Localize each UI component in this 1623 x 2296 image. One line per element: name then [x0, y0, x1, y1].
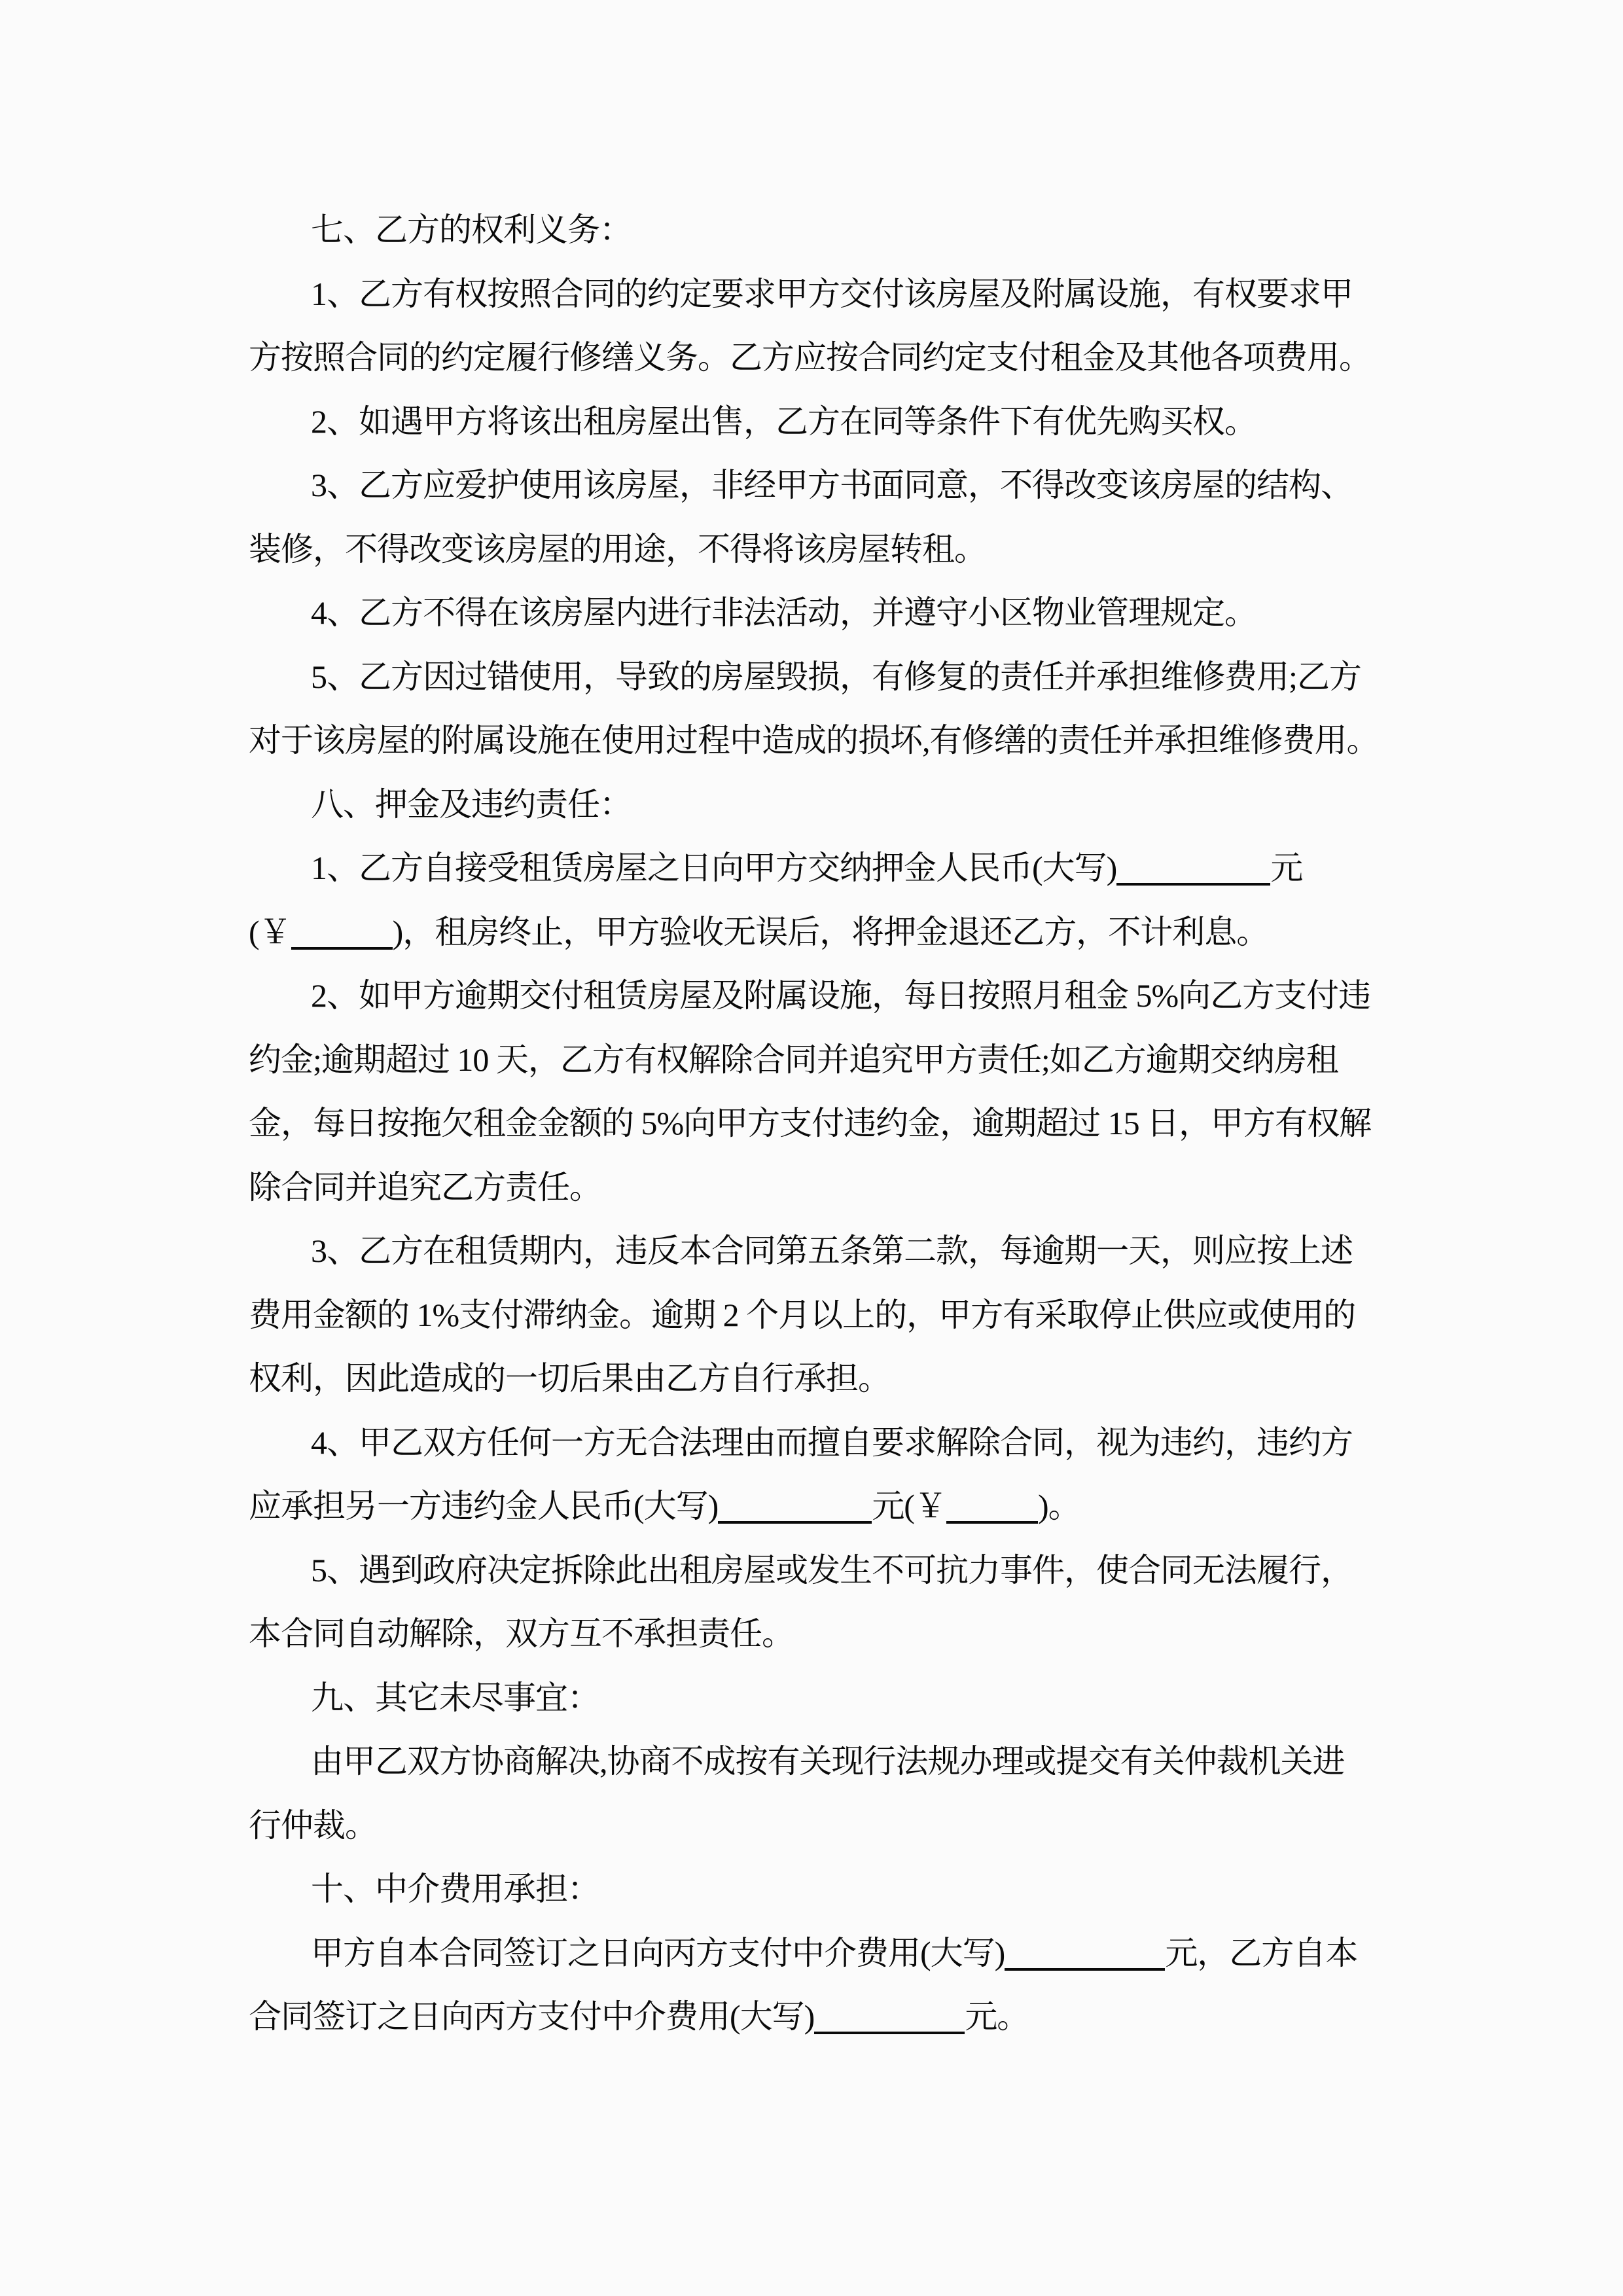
text-line: 权利，因此造成的一切后果由乙方自行承担。 — [249, 1347, 1407, 1411]
text-run: 权利，因此造成的一切后果由乙方自行承担。 — [249, 1360, 890, 1397]
text-run: )，租房终止，甲方验收无误后，将押金退还乙方，不计利息。 — [393, 914, 1269, 950]
text-line: 七、乙方的权利义务： — [249, 198, 1407, 262]
text-run: 九、其它未尽事宜： — [311, 1679, 599, 1716]
blank-fill-in-field — [291, 914, 393, 950]
text-line: 1、乙方自接受租赁房屋之日向甲方交纳押金人民币(大写)元 — [249, 836, 1407, 901]
text-run: 本合同自动解除，双方互不承担责任。 — [249, 1615, 794, 1652]
text-line: 费用金额的 1%支付滞纳金。逾期 2 个月以上的，甲方有采取停止供应或使用的 — [249, 1283, 1407, 1348]
text-line: 3、乙方应爱护使用该房屋，非经甲方书面同意，不得改变该房屋的结构、 — [249, 454, 1407, 518]
text-run: 1、乙方有权按照合同的约定要求甲方交付该房屋及附属设施，有权要求甲 — [311, 276, 1353, 312]
text-run: 3、乙方应爱护使用该房屋，非经甲方书面同意，不得改变该房屋的结构、 — [311, 467, 1353, 503]
text-run: (￥ — [249, 914, 291, 950]
text-line: 八、押金及违约责任： — [249, 773, 1407, 837]
text-line: (￥)，租房终止，甲方验收无误后，将押金退还乙方，不计利息。 — [249, 901, 1407, 965]
text-line: 行仲裁。 — [249, 1794, 1407, 1858]
text-run: 方按照合同的约定履行修缮义务。乙方应按合同约定支付租金及其他各项费用。 — [249, 339, 1371, 376]
text-line: 4、乙方不得在该房屋内进行非法活动，并遵守小区物业管理规定。 — [249, 581, 1407, 645]
contract-page: 七、乙方的权利义务：1、乙方有权按照合同的约定要求甲方交付该房屋及附属设施，有权… — [0, 0, 1623, 2296]
document-body: 七、乙方的权利义务：1、乙方有权按照合同的约定要求甲方交付该房屋及附属设施，有权… — [249, 198, 1407, 2049]
text-run: 由甲乙双方协商解决,协商不成按有关现行法规办理或提交有关仲裁机关进 — [311, 1743, 1345, 1780]
blank-fill-in-field — [814, 1999, 965, 2034]
text-run: 行仲裁。 — [249, 1807, 377, 1844]
text-line: 3、乙方在租赁期内，违反本合同第五条第二款，每逾期一天，则应按上述 — [249, 1219, 1407, 1283]
text-run: 5、遇到政府决定拆除此出租房屋或发生不可抗力事件，使合同无法履行， — [311, 1552, 1353, 1588]
text-run: 七、乙方的权利义务： — [311, 211, 632, 248]
text-run: 3、乙方在租赁期内，违反本合同第五条第二款，每逾期一天，则应按上述 — [311, 1232, 1353, 1269]
text-run: 甲方自本合同签订之日向丙方支付中介费用(大写) — [311, 1935, 1005, 1971]
text-line: 2、如遇甲方将该出租房屋出售，乙方在同等条件下有优先购买权。 — [249, 390, 1407, 454]
text-line: 十、中介费用承担： — [249, 1857, 1407, 1922]
text-run: 八、押金及违约责任： — [311, 786, 632, 823]
text-line: 甲方自本合同签订之日向丙方支付中介费用(大写)元，乙方自本 — [249, 1922, 1407, 1986]
text-line: 对于该房屋的附属设施在使用过程中造成的损坏,有修缮的责任并承担维修费用。 — [249, 709, 1407, 773]
text-line: 1、乙方有权按照合同的约定要求甲方交付该房屋及附属设施，有权要求甲 — [249, 262, 1407, 327]
text-run: 应承担另一方违约金人民币(大写) — [249, 1488, 718, 1524]
text-line: 由甲乙双方协商解决,协商不成按有关现行法规办理或提交有关仲裁机关进 — [249, 1730, 1407, 1794]
text-run: 约金;逾期超过 10 天，乙方有权解除合同并追究甲方责任;如乙方逾期交纳房租 — [249, 1041, 1338, 1078]
text-line: 合同签订之日向丙方支付中介费用(大写)元。 — [249, 1985, 1407, 2049]
text-run: 对于该房屋的附属设施在使用过程中造成的损坏,有修缮的责任并承担维修费用。 — [249, 722, 1379, 759]
text-line: 金，每日按拖欠租金金额的 5%向甲方支付违约金，逾期超过 15 日，甲方有权解 — [249, 1092, 1407, 1156]
text-run: 元。 — [965, 1998, 1029, 2035]
text-run: 十、中介费用承担： — [311, 1871, 599, 1907]
text-run: 装修，不得改变该房屋的用途，不得将该房屋转租。 — [249, 531, 986, 567]
text-line: 2、如甲方逾期交付租赁房屋及附属设施，每日按照月租金 5%向乙方支付违 — [249, 964, 1407, 1028]
text-run: 4、甲乙双方任何一方无合法理由而擅自要求解除合同，视为违约，违约方 — [311, 1424, 1353, 1461]
blank-fill-in-field — [718, 1488, 872, 1524]
text-run: 1、乙方自接受租赁房屋之日向甲方交纳押金人民币(大写) — [311, 850, 1116, 886]
text-line: 方按照合同的约定履行修缮义务。乙方应按合同约定支付租金及其他各项费用。 — [249, 326, 1407, 390]
text-run: 合同签订之日向丙方支付中介费用(大写) — [249, 1998, 814, 2035]
text-run: )。 — [1038, 1488, 1080, 1524]
blank-fill-in-field — [1005, 1935, 1165, 1971]
text-run: 元(￥ — [872, 1488, 946, 1524]
blank-fill-in-field — [946, 1488, 1038, 1524]
text-line: 装修，不得改变该房屋的用途，不得将该房屋转租。 — [249, 518, 1407, 582]
text-run: 费用金额的 1%支付滞纳金。逾期 2 个月以上的，甲方有采取停止供应或使用的 — [249, 1297, 1355, 1333]
text-line: 应承担另一方违约金人民币(大写)元(￥)。 — [249, 1475, 1407, 1539]
text-run: 除合同并追究乙方责任。 — [249, 1169, 601, 1206]
text-run: 2、如遇甲方将该出租房屋出售，乙方在同等条件下有优先购买权。 — [311, 403, 1257, 440]
text-run: 2、如甲方逾期交付租赁房屋及附属设施，每日按照月租金 5%向乙方支付违 — [311, 977, 1370, 1014]
text-run: 金，每日按拖欠租金金额的 5%向甲方支付违约金，逾期超过 15 日，甲方有权解 — [249, 1105, 1371, 1141]
text-run: 4、乙方不得在该房屋内进行非法活动，并遵守小区物业管理规定。 — [311, 594, 1257, 631]
text-line: 约金;逾期超过 10 天，乙方有权解除合同并追究甲方责任;如乙方逾期交纳房租 — [249, 1028, 1407, 1092]
text-line: 本合同自动解除，双方互不承担责任。 — [249, 1602, 1407, 1666]
text-line: 九、其它未尽事宜： — [249, 1666, 1407, 1731]
text-line: 除合同并追究乙方责任。 — [249, 1156, 1407, 1220]
text-run: 元 — [1270, 850, 1302, 886]
text-line: 5、乙方因过错使用，导致的房屋毁损，有修复的责任并承担维修费用;乙方 — [249, 645, 1407, 709]
text-line: 4、甲乙双方任何一方无合法理由而擅自要求解除合同，视为违约，违约方 — [249, 1411, 1407, 1475]
blank-fill-in-field — [1116, 850, 1270, 886]
text-line: 5、遇到政府决定拆除此出租房屋或发生不可抗力事件，使合同无法履行， — [249, 1539, 1407, 1603]
text-run: 元，乙方自本 — [1165, 1935, 1357, 1971]
text-run: 5、乙方因过错使用，导致的房屋毁损，有修复的责任并承担维修费用;乙方 — [311, 658, 1361, 695]
